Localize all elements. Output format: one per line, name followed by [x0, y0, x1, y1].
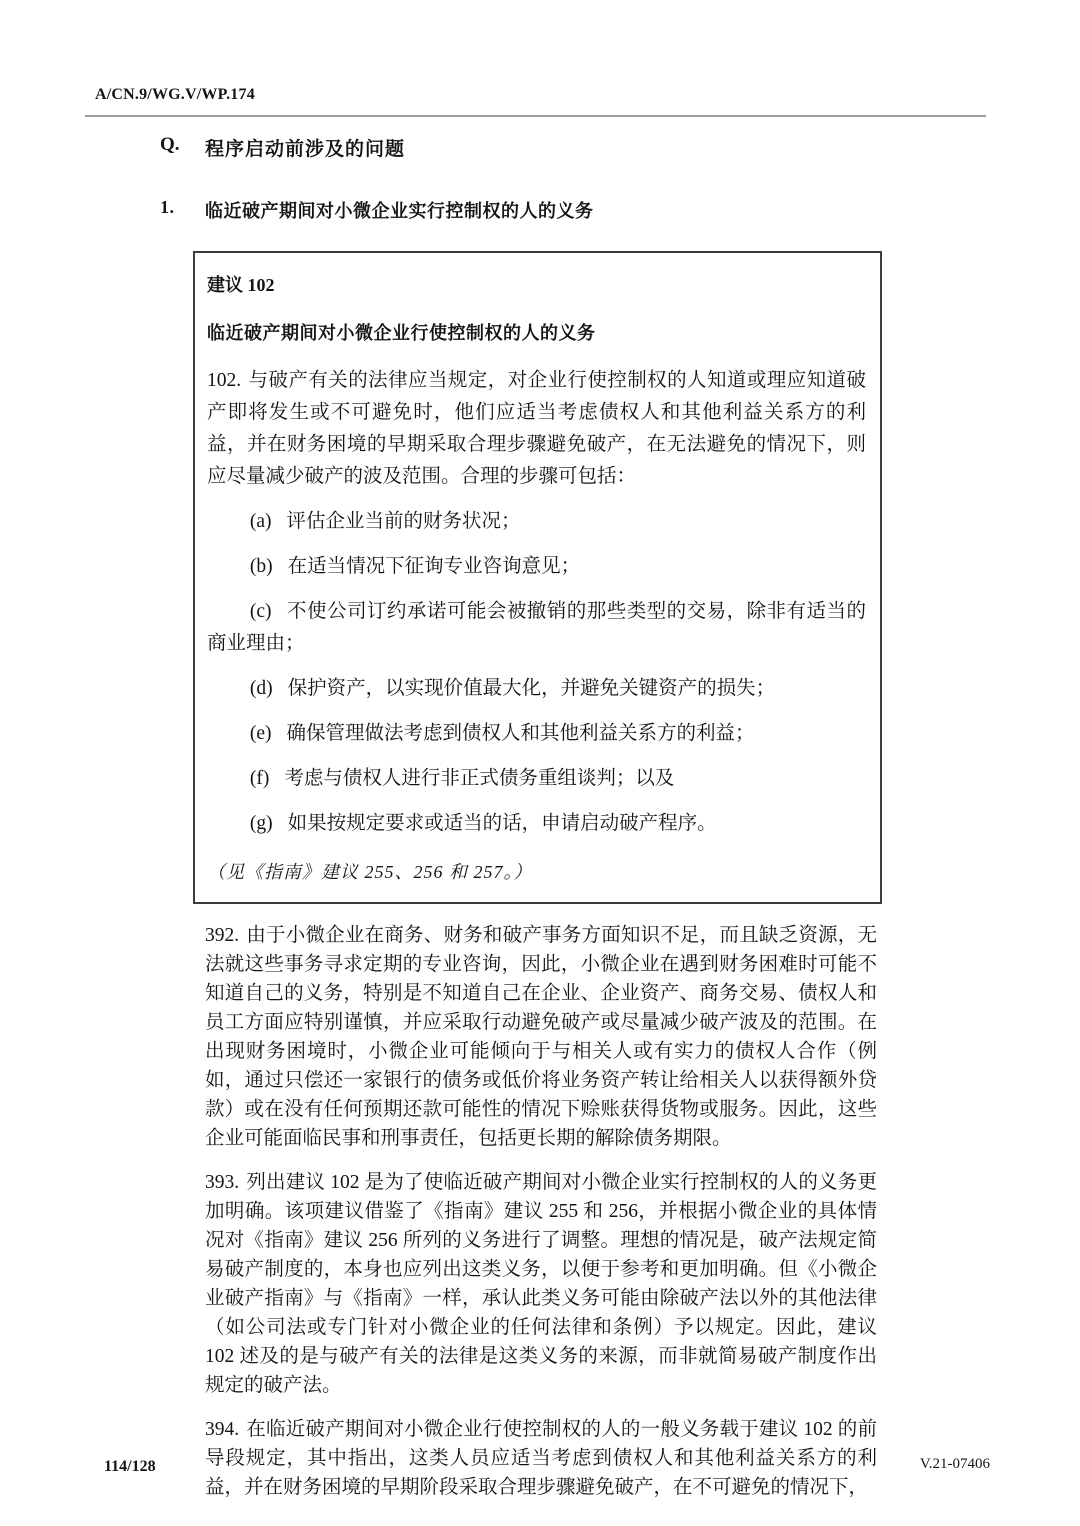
recommendation-item-a: (a)评估企业当前的财务状况；: [207, 506, 866, 538]
item-e-label: (e): [250, 723, 272, 744]
footer-page-number: 114/128: [104, 1458, 156, 1476]
item-b-label: (b): [250, 556, 273, 577]
section-1-label: 1.: [160, 197, 205, 223]
item-c-text: 不使公司订约承诺可能会被撤销的那些类型的交易，除非有适当的商业理由；: [207, 601, 866, 654]
document-page: A/CN.9/WG.V/WP.174 Q. 程序启动前涉及的问题 1. 临近破产…: [0, 0, 1080, 1526]
recommendation-item-f: (f)考虑与债权人进行非正式债务重组谈判；以及: [207, 763, 866, 795]
recommendation-intro-text: 与破产有关的法律应当规定，对企业行使控制权的人知道或理应知道破产即将发生或不可避…: [207, 370, 866, 487]
item-a-text: 评估企业当前的财务状况；: [287, 511, 521, 532]
recommendation-item-g: (g)如果按规定要求或适当的话，申请启动破产程序。: [207, 808, 866, 840]
item-g-label: (g): [250, 813, 273, 834]
item-d-label: (d): [250, 678, 273, 699]
paragraph-394-text: 在临近破产期间对小微企业行使控制权的人的一般义务载于建议 102 的前导段规定，…: [205, 1419, 877, 1498]
item-f-label: (f): [250, 768, 269, 789]
item-a-label: (a): [250, 511, 272, 532]
item-d-text: 保护资产，以实现价值最大化，并避免关键资产的损失；: [288, 678, 776, 699]
document-content: Q. 程序启动前涉及的问题 1. 临近破产期间对小微企业实行控制权的人的义务 建…: [160, 134, 882, 1502]
recommendation-item-c: (c)不使公司订约承诺可能会被撤销的那些类型的交易，除非有适当的商业理由；: [207, 596, 866, 660]
recommendation-subtitle: 临近破产期间对小微企业行使控制权的人的义务: [207, 319, 866, 345]
item-e-text: 确保管理做法考虑到债权人和其他利益关系方的利益；: [287, 723, 755, 744]
recommendation-item-b: (b)在适当情况下征询专业咨询意见；: [207, 551, 866, 583]
section-1-title: 临近破产期间对小微企业实行控制权的人的义务: [205, 197, 594, 223]
doc-symbol: A/CN.9/WG.V/WP.174: [95, 86, 255, 104]
section-q-label: Q.: [160, 134, 205, 161]
paragraph-393: 393.列出建议 102 是为了使临近破产期间对小微企业实行控制权的人的义务更加…: [205, 1168, 877, 1400]
section-q-heading: Q. 程序启动前涉及的问题: [160, 134, 882, 161]
recommendation-title: 建议 102: [207, 271, 866, 297]
recommendation-item-d: (d)保护资产，以实现价值最大化，并避免关键资产的损失；: [207, 673, 866, 705]
item-g-text: 如果按规定要求或适当的话，申请启动破产程序。: [288, 813, 717, 834]
paragraph-393-number: 393.: [205, 1172, 239, 1193]
section-q-title: 程序启动前涉及的问题: [205, 134, 405, 161]
section-1-heading: 1. 临近破产期间对小微企业实行控制权的人的义务: [160, 197, 882, 223]
recommendation-item-e: (e)确保管理做法考虑到债权人和其他利益关系方的利益；: [207, 718, 866, 750]
item-c-label: (c): [250, 601, 272, 622]
paragraph-392-number: 392.: [205, 925, 239, 946]
item-b-text: 在适当情况下征询专业咨询意见；: [288, 556, 581, 577]
paragraph-394: 394.在临近破产期间对小微企业行使控制权的人的一般义务载于建议 102 的前导…: [205, 1415, 877, 1502]
footer-doc-number: V.21-07406: [920, 1456, 990, 1473]
header-rule: [85, 115, 986, 117]
paragraph-392-text: 由于小微企业在商务、财务和破产事务方面知识不足，而且缺乏资源，无法就这些事务寻求…: [205, 925, 877, 1149]
recommendation-note: （见《指南》建议 255、256 和 257。）: [207, 858, 866, 884]
paragraph-394-number: 394.: [205, 1419, 239, 1440]
recommendation-intro-number: 102.: [207, 370, 241, 391]
paragraph-392: 392.由于小微企业在商务、财务和破产事务方面知识不足，而且缺乏资源，无法就这些…: [205, 921, 877, 1153]
item-f-text: 考虑与债权人进行非正式债务重组谈判；以及: [284, 768, 674, 789]
recommendation-intro: 102.与破产有关的法律应当规定，对企业行使控制权的人知道或理应知道破产即将发生…: [207, 365, 866, 493]
paragraph-393-text: 列出建议 102 是为了使临近破产期间对小微企业实行控制权的人的义务更加明确。该…: [205, 1172, 877, 1396]
recommendation-box: 建议 102 临近破产期间对小微企业行使控制权的人的义务 102.与破产有关的法…: [193, 251, 882, 904]
